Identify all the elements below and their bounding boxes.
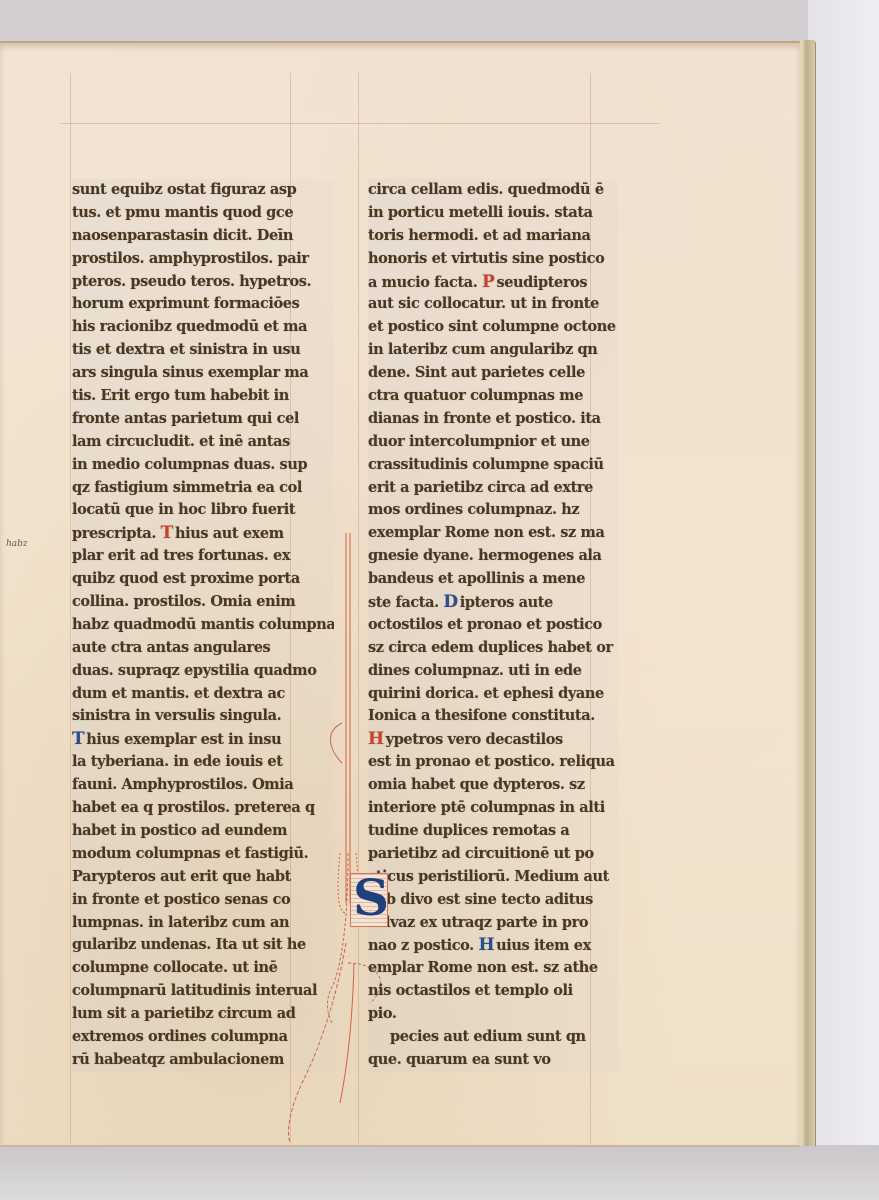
line-text: hius aut exem xyxy=(175,525,284,542)
manuscript-line: plar erit ad tres fortunas. ex xyxy=(72,545,334,568)
manuscript-line: in porticu metelli iouis. stata xyxy=(368,202,618,225)
manuscript-line: horum exprimunt formaciōes xyxy=(72,293,334,316)
line-text: nao z postico. xyxy=(368,937,478,954)
manuscript-line: omia habet que dypteros. sz xyxy=(368,774,618,797)
manuscript-line: extremos ordines columpna xyxy=(72,1026,334,1049)
line-text: uius item ex xyxy=(496,937,591,954)
manuscript-line: in medio columpnas duas. sup xyxy=(72,454,334,477)
manuscript-line: pteros. pseudo teros. hypetros. xyxy=(72,271,334,294)
manuscript-line: lam circucludit. et inē antas xyxy=(72,431,334,454)
line-text: ipteros aute xyxy=(460,594,553,611)
manuscript-page: habz sunt equibz ostat figuraz asptus. e… xyxy=(0,41,800,1147)
manuscript-line: a mucio facta. Pseudipteros xyxy=(368,271,618,294)
manuscript-line: circa cellam edis. quedmodū ē xyxy=(368,179,618,202)
manuscript-line: tus. et pmu mantis quod gce xyxy=(72,202,334,225)
manuscript-line: lum sit a parietibz circum ad xyxy=(72,1003,334,1026)
manuscript-line: tis. Erit ergo tum habebit in xyxy=(72,385,334,408)
manuscript-line: emplar Rome non est. sz athe xyxy=(368,957,618,980)
manuscript-line: Thius exemplar est in insu xyxy=(72,728,334,751)
line-text: seudipteros xyxy=(496,274,587,291)
line-text: a mucio facta. xyxy=(368,274,482,291)
manuscript-line: pio. xyxy=(368,1003,618,1026)
manuscript-line: prostilos. amphyprostilos. pair xyxy=(72,248,334,271)
manuscript-line: valvaz ex utraqz parte in pro xyxy=(368,912,618,935)
photo-backdrop-right xyxy=(808,0,879,1200)
manuscript-line: rū habeatqz ambulacionem xyxy=(72,1049,334,1072)
photo-backdrop-bottom xyxy=(0,1145,879,1200)
manuscript-line: dines columpnaz. uti in ede xyxy=(368,660,618,683)
manuscript-line: mos ordines columpnaz. hz xyxy=(368,499,618,522)
manuscript-line: sinistra in versulis singula. xyxy=(72,705,334,728)
manuscript-line: in fronte et postico senas co xyxy=(72,889,334,912)
rubricated-initial: H xyxy=(478,934,494,957)
manuscript-line: naosenparastasin dicit. Deīn xyxy=(72,225,334,248)
manuscript-line: et postico sint columpne octone xyxy=(368,316,618,339)
rubricated-initial: T xyxy=(72,728,84,751)
manuscript-line: columpne collocate. ut inē xyxy=(72,957,334,980)
manuscript-line: quirini dorica. et ephesi dyane xyxy=(368,683,618,706)
manuscript-line: tudine duplices remotas a xyxy=(368,820,618,843)
manuscript-line: Hypetros vero decastilos xyxy=(368,728,618,751)
manuscript-line: tis et dextra et sinistra in usu xyxy=(72,339,334,362)
manuscript-line: in lateribz cum angularibz qn xyxy=(368,339,618,362)
manuscript-line: habet in postico ad eundem xyxy=(72,820,334,843)
manuscript-line: parietibz ad circuitionē ut po xyxy=(368,843,618,866)
line-text: pecies aut edium sunt qn xyxy=(390,1028,586,1045)
manuscript-line: prescripta. Thius aut exem xyxy=(72,522,334,545)
illuminated-initial-s: S xyxy=(350,873,388,927)
manuscript-line: est in pronao et postico. reliqua xyxy=(368,751,618,774)
manuscript-line: octostilos et pronao et postico xyxy=(368,614,618,637)
manuscript-line: lumpnas. in lateribz cum an xyxy=(72,912,334,935)
line-text: ypetros vero decastilos xyxy=(386,731,563,748)
manuscript-line: ctra quatuor columpnas me xyxy=(368,385,618,408)
manuscript-line: la tyberiana. in ede iouis et xyxy=(72,751,334,774)
line-text: prescripta. xyxy=(72,525,161,542)
manuscript-line: qz fastigium simmetria ea col xyxy=(72,477,334,500)
manuscript-line: Parypteros aut erit que habt xyxy=(72,866,334,889)
manuscript-line: sub divo est sine tecto aditus xyxy=(368,889,618,912)
manuscript-line: habet ea q prostilos. preterea q xyxy=(72,797,334,820)
line-text: que. quarum ea sunt vo xyxy=(368,1051,551,1068)
manuscript-line: toris hermodi. et ad mariana xyxy=(368,225,618,248)
rubricated-initial: D xyxy=(443,591,457,614)
initial-letter: S xyxy=(353,868,389,927)
manuscript-line: quibz quod est proxime porta xyxy=(72,568,334,591)
manuscript-line: collina. prostilos. Omia enim xyxy=(72,591,334,614)
manuscript-line: ste facta. Dipteros aute xyxy=(368,591,618,614)
manuscript-line: sunt equibz ostat figuraz asp xyxy=(72,179,334,202)
manuscript-line: duas. supraqz epystilia quadmo xyxy=(72,660,334,683)
manuscript-line: fronte antas parietum qui cel xyxy=(72,408,334,431)
manuscript-line: interiore ptē columpnas in alti xyxy=(368,797,618,820)
manuscript-line: ars singula sinus exemplar ma xyxy=(72,362,334,385)
ruling-line xyxy=(70,73,71,1143)
manuscript-line: duor intercolumpnior et une xyxy=(368,431,618,454)
manuscript-line: exemplar Rome non est. sz ma xyxy=(368,522,618,545)
manuscript-line: modum columpnas et fastigiū. xyxy=(72,843,334,866)
manuscript-line: fauni. Amphyprostilos. Omia xyxy=(72,774,334,797)
manuscript-line: dum et mantis. et dextra ac xyxy=(72,683,334,706)
text-column-left: sunt equibz ostat figuraz asptus. et pmu… xyxy=(72,179,334,1072)
manuscript-line: que. quarum ea sunt vo xyxy=(368,1049,618,1072)
ruling-line xyxy=(60,123,660,124)
manuscript-line: dianas in fronte et postico. ita xyxy=(368,408,618,431)
manuscript-line: aut sic collocatur. ut in fronte xyxy=(368,293,618,316)
manuscript-line: his racionibz quedmodū et ma xyxy=(72,316,334,339)
manuscript-line: habz quadmodū mantis columpnas xyxy=(72,614,334,637)
manuscript-line: pecies aut edium sunt qn xyxy=(368,1026,618,1049)
manuscript-line: locatū que in hoc libro fuerit xyxy=(72,499,334,522)
manuscript-line: sz circa edem duplices habet or xyxy=(368,637,618,660)
manuscript-line: honoris et virtutis sine postico xyxy=(368,248,618,271)
rubricated-initial: P xyxy=(482,271,494,294)
manuscript-line: gularibz undenas. Ita ut sit he xyxy=(72,934,334,957)
line-text: hius exemplar est in insu xyxy=(86,731,281,748)
rubricated-initial: H xyxy=(368,728,384,751)
manuscript-line: erit a parietibz circa ad extre xyxy=(368,477,618,500)
manuscript-line: Ionica a thesifone constituta. xyxy=(368,705,618,728)
manuscript-line: crassitudinis columpne spaciū xyxy=(368,454,618,477)
line-text: ste facta. xyxy=(368,594,443,611)
manuscript-line: aute ctra antas angulares xyxy=(72,637,334,660)
manuscript-line: sticus peristiliorū. Medium aut xyxy=(368,866,618,889)
manuscript-line: gnesie dyane. hermogenes ala xyxy=(368,545,618,568)
manuscript-line: columpnarū latitudinis interual xyxy=(72,980,334,1003)
rubricated-initial: T xyxy=(161,522,173,545)
marginal-note: habz xyxy=(6,539,28,549)
manuscript-line: bandeus et apollinis a mene xyxy=(368,568,618,591)
manuscript-line: dene. Sint aut parietes celle xyxy=(368,362,618,385)
manuscript-line: nao z postico. Huius item ex xyxy=(368,934,618,957)
text-column-right: circa cellam edis. quedmodū ēin porticu … xyxy=(368,179,618,1072)
manuscript-line: nis octastilos et templo oli xyxy=(368,980,618,1003)
